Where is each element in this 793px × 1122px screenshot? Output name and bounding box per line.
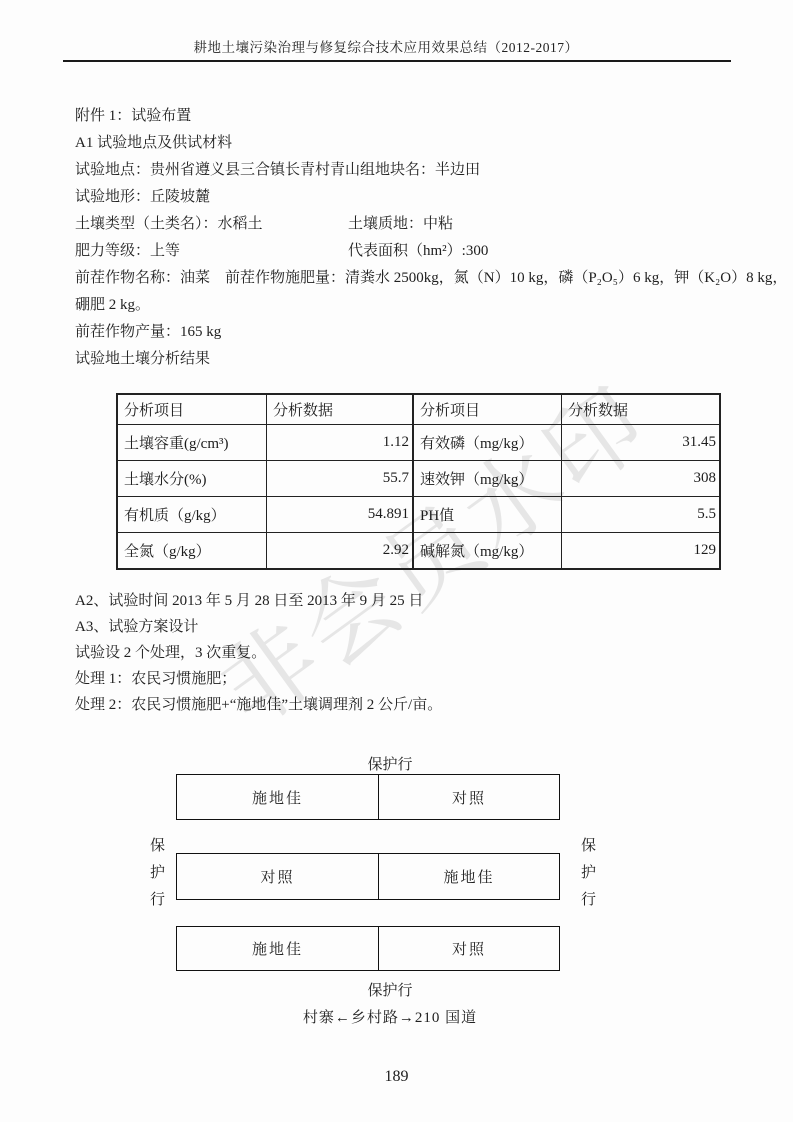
protect-row-top-label: 保护行: [0, 753, 780, 774]
plot-row-1: 施地佳 对照: [176, 774, 560, 820]
plot-cell: 对照: [379, 775, 559, 819]
line-fertility-area: 代表面积（hm²）:300: [348, 238, 488, 265]
line-boron: 硼肥 2 kg。: [75, 292, 775, 319]
header-item-2: 分析项目: [413, 394, 562, 425]
document-page: 非会员水印 耕地土壤污染治理与修复综合技术应用效果总结（2012-2017） 附…: [0, 0, 793, 1122]
plot-cell: 施地佳: [177, 927, 379, 970]
line-treatment-1: 处理 1：农民习惯施肥；: [75, 666, 775, 692]
table-header-row: 分析项目 分析数据 分析项目 分析数据: [117, 394, 720, 425]
line-fertility-left: 肥力等级：上等: [75, 243, 180, 259]
cell-value: 55.7: [267, 461, 414, 497]
line-fertility: 肥力等级：上等 代表面积（hm²）:300: [75, 238, 775, 265]
line-soiltype: 土壤类型（土类名）：水稻土 土壤质地：中粘: [75, 211, 775, 238]
line-soiltype-texture: 土壤质地：中粘: [348, 211, 453, 238]
line-design-desc: 试验设 2 个处理，3 次重复。: [75, 640, 775, 666]
plot-row-3: 施地佳 对照: [176, 926, 560, 971]
cell-item: 土壤水分(%): [117, 461, 267, 497]
line-analysis-title: 试验地土壤分析结果: [75, 346, 775, 373]
road-caption: 村寨←乡村路→210 国道: [0, 1006, 780, 1027]
line-soiltype-left: 土壤类型（土类名）：水稻土: [75, 216, 263, 232]
cell-item: 碱解氮（mg/kg）: [413, 533, 562, 570]
plot-cell: 对照: [177, 854, 379, 899]
protect-row-bottom-label: 保护行: [0, 979, 780, 1000]
cell-item: 有效磷（mg/kg）: [413, 425, 562, 461]
line-site-location: 试验地点：贵州省遵义县三合镇长青村青山组: [75, 162, 375, 178]
cell-item: PH值: [413, 497, 562, 533]
cell-item: 有机质（g/kg）: [117, 497, 267, 533]
header-divider: [63, 60, 731, 62]
line-terrain: 试验地形：丘陵坡麓: [75, 184, 775, 211]
protect-col-right-label: 保护行: [577, 837, 598, 918]
line-a3-design: A3、试验方案设计: [75, 614, 775, 640]
cell-value: 54.891: [267, 497, 414, 533]
page-header-title: 耕地土壤污染治理与修复综合技术应用效果总结（2012-2017）: [55, 36, 717, 56]
line-site-plot-name: 地块名：半边田: [375, 157, 480, 184]
header-item-1: 分析项目: [117, 394, 267, 425]
line-treatment-2: 处理 2：农民习惯施肥+“施地佳”土壤调理剂 2 公斤/亩。: [75, 692, 775, 718]
plot-row-2: 对照 施地佳: [176, 853, 560, 900]
cell-item: 速效钾（mg/kg）: [413, 461, 562, 497]
line-a1: A1 试验地点及供试材料: [75, 130, 775, 157]
line-prev-yield: 前茬作物产量：165 kg: [75, 319, 775, 346]
line-attachment: 附件 1：试验布置: [75, 103, 775, 130]
section-a2-a3: A2、试验时间 2013 年 5 月 28 日至 2013 年 9 月 25 日…: [75, 588, 775, 718]
line-a2-time: A2、试验时间 2013 年 5 月 28 日至 2013 年 9 月 25 日: [75, 588, 775, 614]
header-data-1: 分析数据: [267, 394, 414, 425]
cell-item: 全氮（g/kg）: [117, 533, 267, 570]
page-number: 189: [0, 1068, 793, 1086]
cell-value: 129: [562, 533, 721, 570]
table-row: 有机质（g/kg） 54.891 PH值 5.5: [117, 497, 720, 533]
body-text-block: 附件 1：试验布置 A1 试验地点及供试材料 试验地点：贵州省遵义县三合镇长青村…: [75, 103, 775, 373]
cell-value: 308: [562, 461, 721, 497]
cell-value: 5.5: [562, 497, 721, 533]
header-data-2: 分析数据: [562, 394, 721, 425]
cell-item: 土壤容重(g/cm³): [117, 425, 267, 461]
soil-analysis-table: 分析项目 分析数据 分析项目 分析数据 土壤容重(g/cm³) 1.12 有效磷…: [116, 393, 721, 570]
plot-cell: 对照: [379, 927, 559, 970]
cell-value: 31.45: [562, 425, 721, 461]
cell-value: 1.12: [267, 425, 414, 461]
plot-cell: 施地佳: [379, 854, 559, 899]
protect-col-left-label: 保护行: [146, 837, 167, 918]
plot-cell: 施地佳: [177, 775, 379, 819]
table-row: 土壤容重(g/cm³) 1.12 有效磷（mg/kg） 31.45: [117, 425, 720, 461]
table-row: 全氮（g/kg） 2.92 碱解氮（mg/kg） 129: [117, 533, 720, 570]
line-prev-crop: 前茬作物名称：油菜 前茬作物施肥量：清粪水 2500kg，氮（N）10 kg，磷…: [75, 265, 775, 292]
table-row: 土壤水分(%) 55.7 速效钾（mg/kg） 308: [117, 461, 720, 497]
cell-value: 2.92: [267, 533, 414, 570]
line-site: 试验地点：贵州省遵义县三合镇长青村青山组 地块名：半边田: [75, 157, 775, 184]
